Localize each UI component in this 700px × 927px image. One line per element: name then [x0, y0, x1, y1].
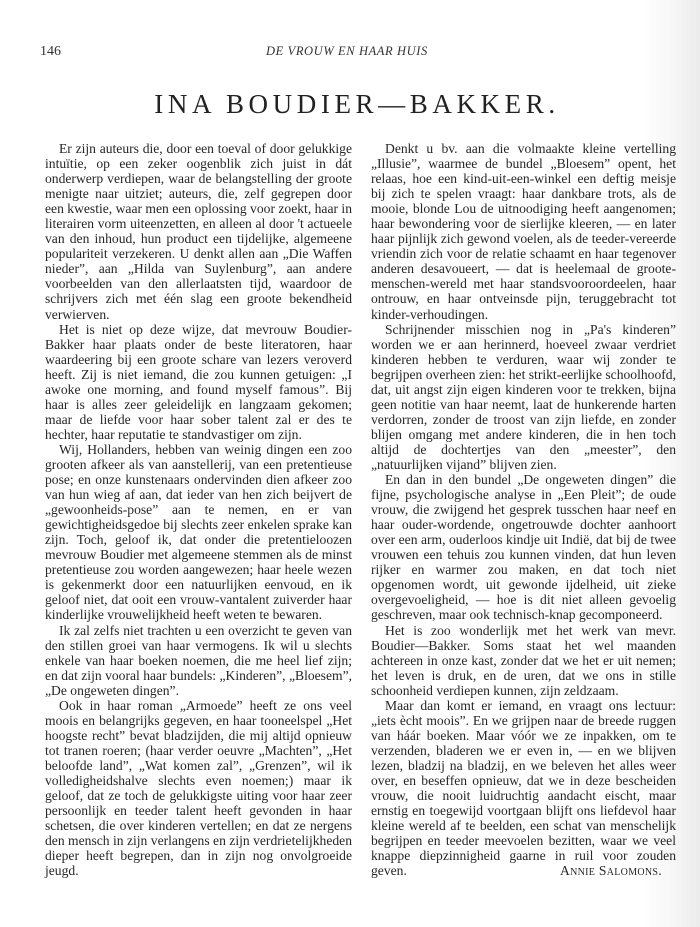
paragraph: Wij, Hollanders, hebben van weinig dinge… [45, 442, 352, 623]
paragraph: Denkt u bv. aan die volmaakte kleine ver… [371, 141, 676, 322]
author-signature: Annie Salomons. [371, 863, 676, 878]
paragraph: Ik zal zelfs niet trachten u een overzic… [45, 623, 352, 698]
article-title: INA BOUDIER—BAKKER. [0, 89, 700, 120]
page-number: 146 [40, 44, 61, 60]
left-column: Er zijn auteurs die, door een toeval of … [45, 141, 352, 878]
paragraph: Maar dan komt er iemand, en vraagt ons l… [371, 698, 676, 879]
magazine-page: 146 DE VROUW EN HAAR HUIS INA BOUDIER—BA… [0, 0, 700, 927]
paragraph: Er zijn auteurs die, door een toeval of … [45, 141, 352, 322]
right-column: Denkt u bv. aan die volmaakte kleine ver… [371, 141, 676, 878]
journal-title: DE VROUW EN HAAR HUIS [266, 44, 428, 59]
paragraph: Het is zoo wonderlijk met het werk van m… [371, 623, 676, 698]
paragraph: Schrijnender misschien nog in „Pa's kind… [371, 322, 676, 472]
paragraph: En dan in den bundel „De ongeweten dinge… [371, 472, 676, 622]
paragraph: Ook in haar roman „Armoede” heeft ze ons… [45, 698, 352, 879]
running-head: 146 DE VROUW EN HAAR HUIS [0, 44, 700, 64]
paragraph: Het is niet op deze wijze, dat mevrouw B… [45, 322, 352, 442]
